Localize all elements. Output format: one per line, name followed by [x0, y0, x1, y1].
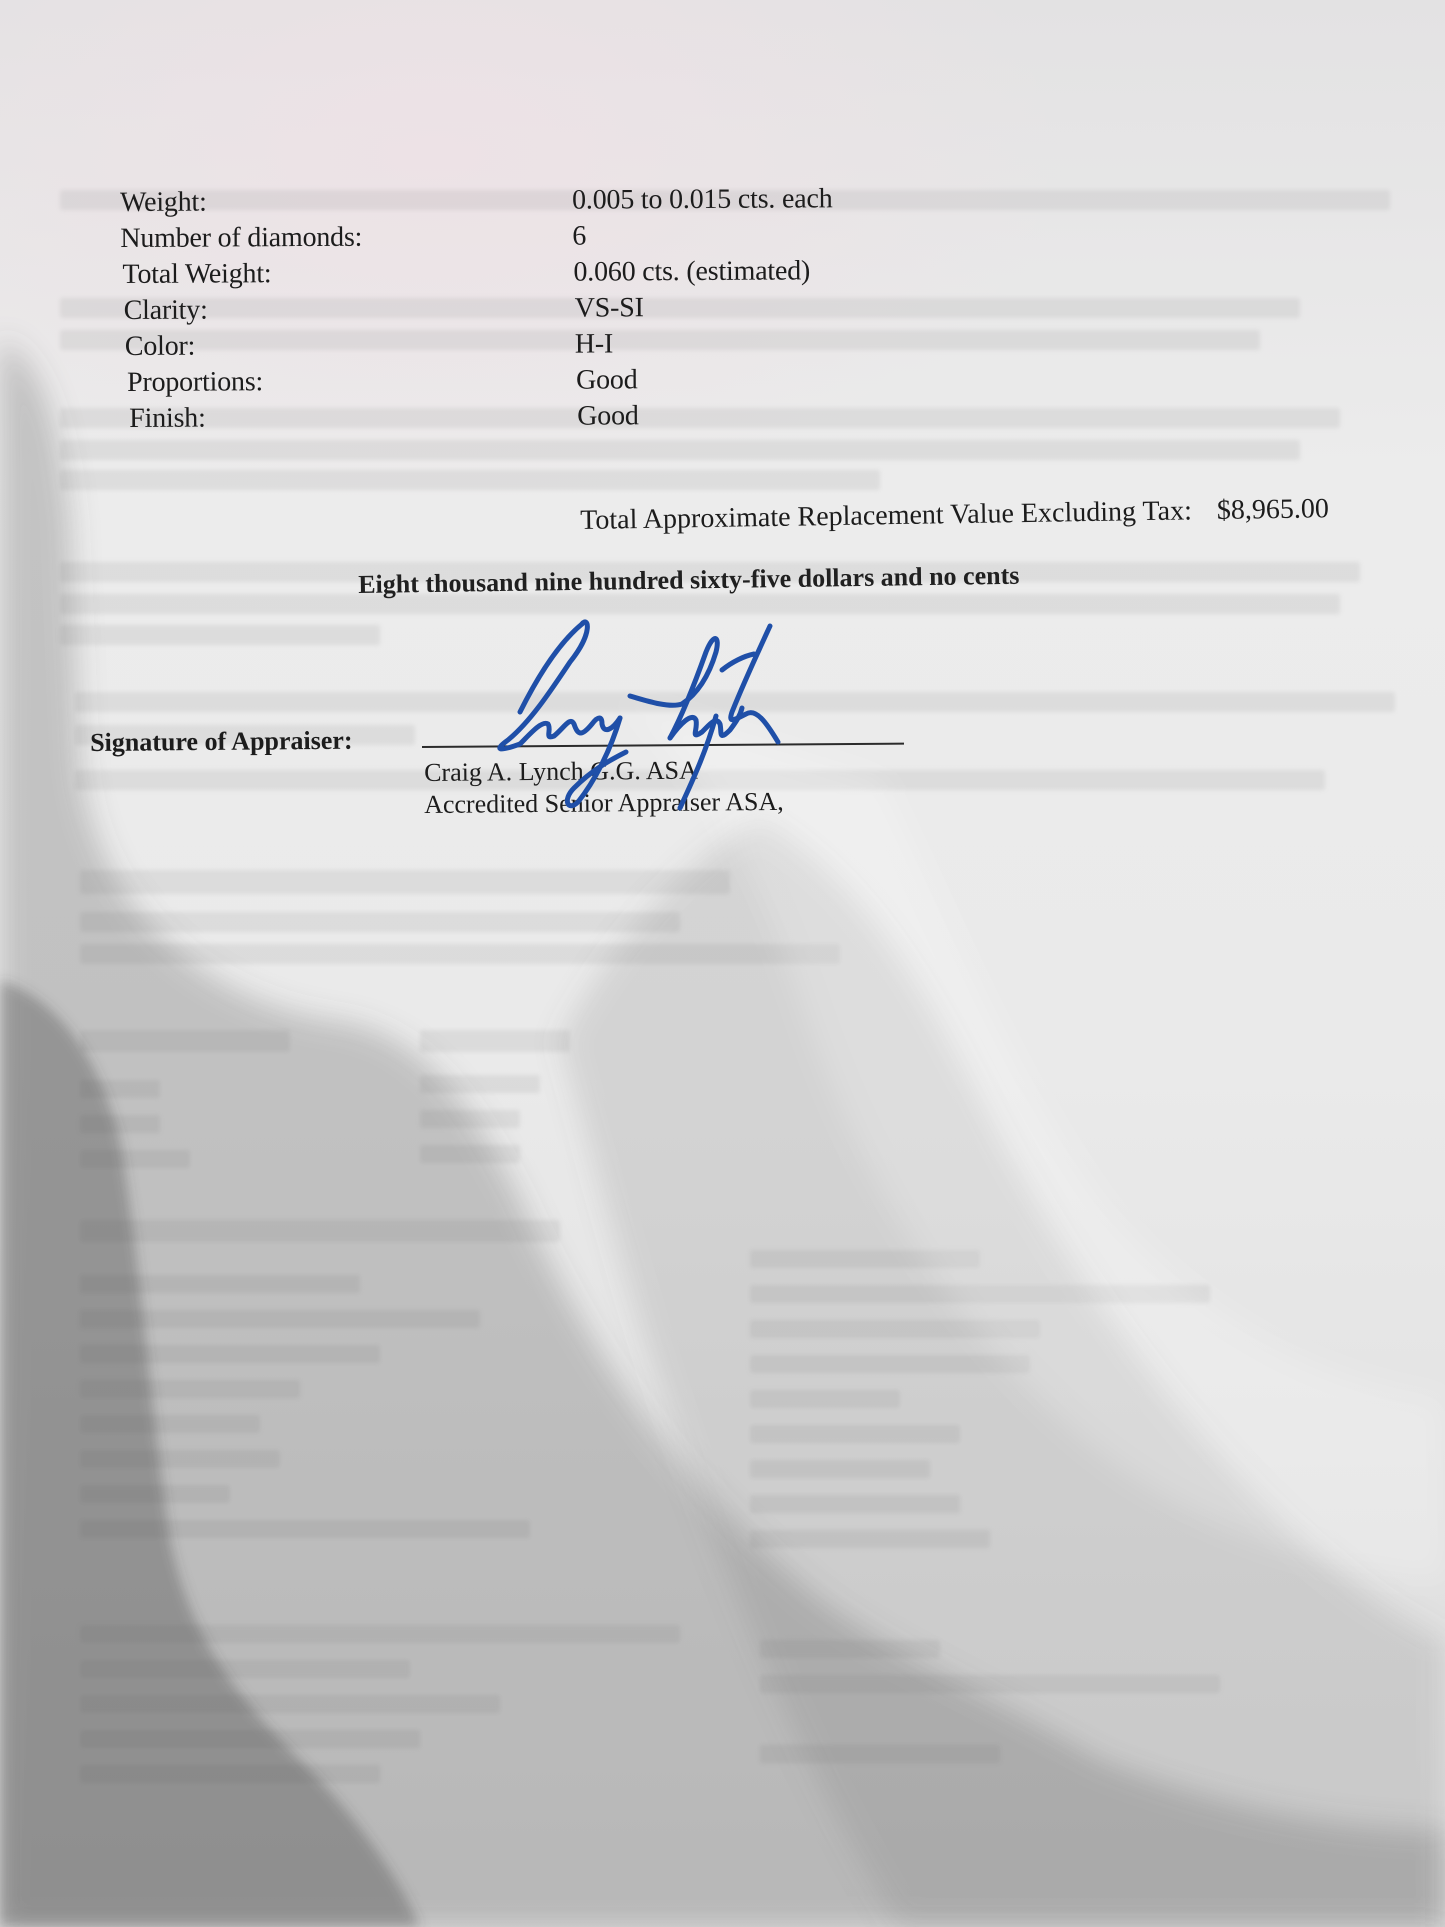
diamond-specifications: Weight: 0.005 to 0.015 cts. each Number … — [120, 185, 121, 437]
spec-value: H-I — [575, 326, 613, 362]
total-amount: $8,965.00 — [1217, 493, 1329, 526]
spec-value: 0.060 cts. (estimated) — [573, 253, 810, 290]
spec-label: Weight: — [120, 185, 207, 221]
total-replacement-value: Total Approximate Replacement Value Excl… — [580, 493, 1329, 537]
signer-name: Craig A. Lynch G.G. ASA — [424, 756, 698, 788]
spec-label: Finish: — [129, 401, 206, 437]
total-label: Total Approximate Replacement Value Excl… — [580, 495, 1192, 536]
appraisal-page: Weight: 0.005 to 0.015 cts. each Number … — [0, 0, 1445, 1927]
amount-in-words: Eight thousand nine hundred sixty-five d… — [358, 561, 1020, 600]
spec-value: 0.005 to 0.015 cts. each — [572, 181, 833, 218]
signature-label: Signature of Appraiser: — [90, 726, 353, 758]
signer-title: Accredited Senior Appraiser ASA, — [424, 787, 784, 820]
spec-value: Good — [577, 398, 639, 434]
spec-label: Color: — [125, 329, 196, 365]
spec-value: 6 — [572, 219, 586, 255]
spec-label: Proportions: — [127, 364, 263, 401]
spec-value: Good — [576, 362, 638, 398]
spec-label: Total Weight: — [122, 256, 271, 293]
signature-line — [422, 743, 904, 748]
spec-label: Clarity: — [124, 293, 208, 329]
spec-value: VS-SI — [575, 290, 644, 326]
spec-label: Number of diamonds: — [120, 220, 362, 257]
